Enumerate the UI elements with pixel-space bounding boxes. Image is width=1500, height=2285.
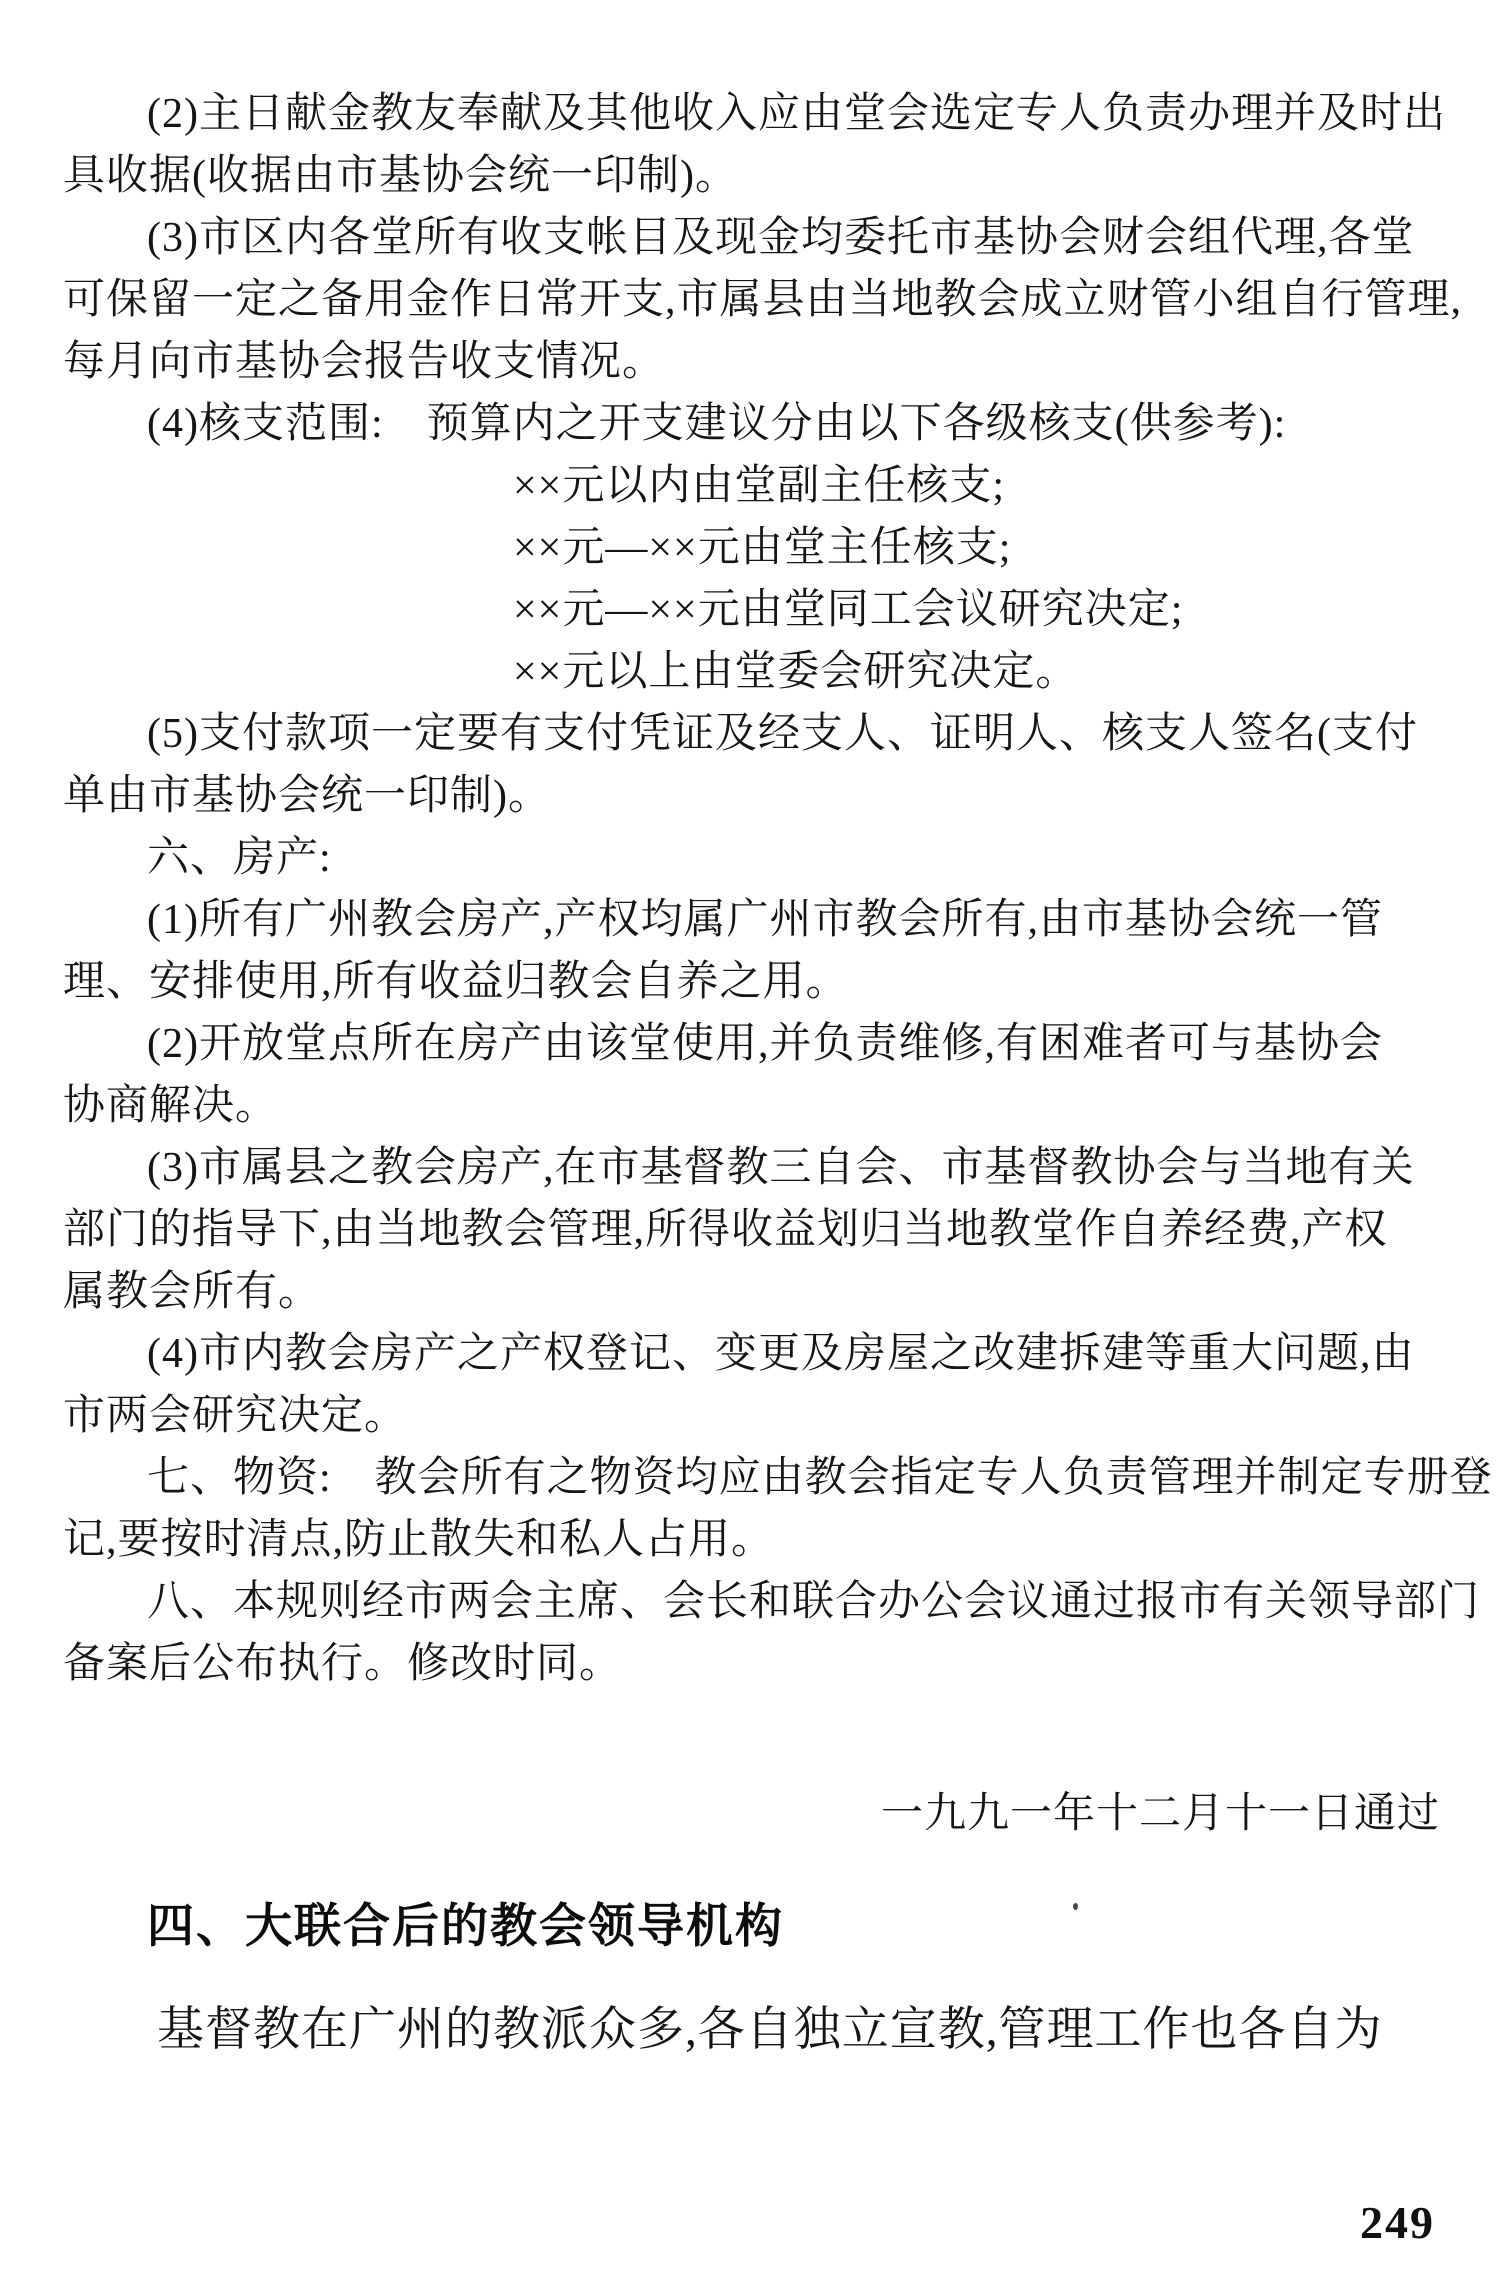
text-line: 市两会研究决定。 [63, 1385, 1440, 1447]
list-item: ××元以上由堂委会研究决定。 [63, 641, 1440, 703]
list-item: ××元—××元由堂主任核支; [63, 517, 1440, 579]
text-line: (2)开放堂点所在房产由该堂使用,并负责维修,有困难者可与基协会 [63, 1013, 1440, 1075]
text-line: 备案后公布执行。修改时同。 [63, 1633, 1440, 1695]
page-number: 249 [1360, 2196, 1435, 2249]
text-line: (4)核支范围: 预算内之开支建议分由以下各级核支(供参考): [63, 393, 1440, 455]
text-line: (2)主日献金教友奉献及其他收入应由堂会选定专人负责办理并及时出 [63, 83, 1440, 145]
text-line: 每月向市基协会报告收支情况。 [63, 331, 1440, 393]
text-line: 理、安排使用,所有收益归教会自养之用。 [63, 951, 1440, 1013]
text-line: (3)市区内各堂所有收支帐目及现金均委托市基协会财会组代理,各堂 [63, 207, 1440, 269]
text-line: (4)市内教会房产之产权登记、变更及房屋之改建拆建等重大问题,由 [63, 1323, 1440, 1385]
section-body-line: 基督教在广州的教派众多,各自独立宣教,管理工作也各自为 [63, 1999, 1440, 2061]
text-line: (5)支付款项一定要有支付凭证及经支人、证明人、核支人签名(支付 [63, 703, 1440, 765]
text-line: 六、房产: [63, 827, 1440, 889]
text-line: 属教会所有。 [63, 1261, 1440, 1323]
text-line: (3)市属县之教会房产,在市基督教三自会、市基督教协会与当地有关 [63, 1137, 1440, 1199]
section-heading: 四、大联合后的教会领导机构 [63, 1895, 1440, 1957]
scanned-book-page: (2)主日献金教友奉献及其他收入应由堂会选定专人负责办理并及时出 具收据(收据由… [0, 0, 1500, 2285]
text-line: 协商解决。 [63, 1075, 1440, 1137]
text-line: 可保留一定之备用金作日常开支,市属县由当地教会成立财管小组自行管理, [63, 269, 1440, 331]
text-line: (1)所有广州教会房产,产权均属广州市教会所有,由市基协会统一管 [63, 889, 1440, 951]
text-line: 具收据(收据由市基协会统一印制)。 [63, 145, 1440, 207]
text-line: 部门的指导下,由当地教会管理,所得收益划归当地教堂作自养经费,产权 [63, 1199, 1440, 1261]
text-line: 八、本规则经市两会主席、会长和联合办公会议通过报市有关领导部门 [63, 1571, 1440, 1633]
list-item: ××元—××元由堂同工会议研究决定; [63, 579, 1440, 641]
text-line: 单由市基协会统一印制)。 [63, 765, 1440, 827]
text-line: 七、物资: 教会所有之物资均应由教会指定专人负责管理并制定专册登 [63, 1447, 1440, 1509]
document-body: (2)主日献金教友奉献及其他收入应由堂会选定专人负责办理并及时出 具收据(收据由… [63, 83, 1440, 2061]
text-line: 记,要按时清点,防止散失和私人占用。 [63, 1509, 1440, 1571]
adoption-date: 一九九一年十二月十一日通过 [63, 1783, 1440, 1845]
scan-artifact-dot [1073, 1903, 1078, 1910]
list-item: ××元以内由堂副主任核支; [63, 455, 1440, 517]
